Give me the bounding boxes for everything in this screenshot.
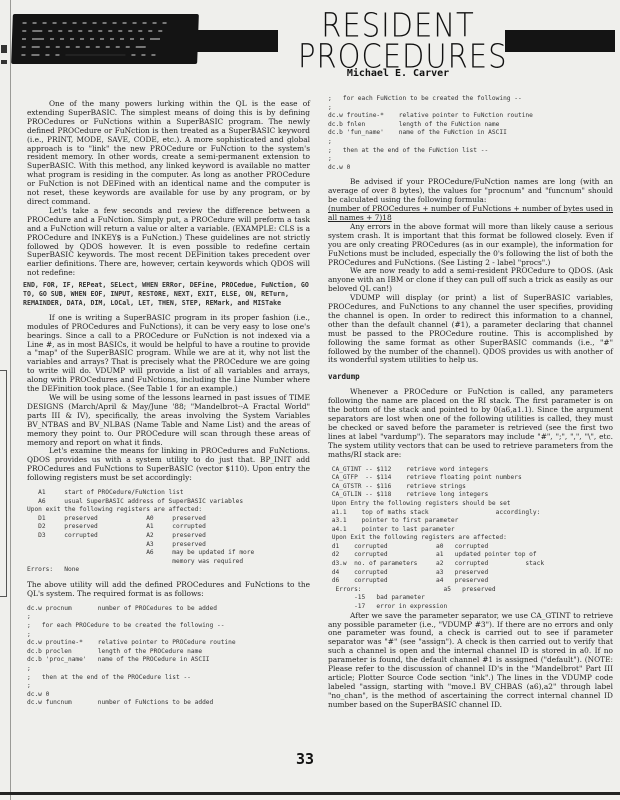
ql-keyboard-image: [11, 14, 199, 64]
code-line: ;: [27, 665, 310, 674]
paragraph: Let's take a few seconds and review the …: [27, 207, 310, 278]
code-line: D1 preserved A0 preserved: [27, 515, 310, 524]
left-column: One of the many powers lurking within th…: [27, 100, 310, 708]
paragraph: Whenever a PROCedure or FuNction is call…: [328, 388, 613, 459]
code-line: A1 start of PROCedure/FuNction list: [27, 489, 310, 498]
page-gutter-line: [10, 0, 11, 800]
code-line: d1 corrupted a0 corrupted: [328, 543, 613, 552]
paragraph: VDUMP will display (or print) a list of …: [328, 294, 613, 365]
code-line: a1.1 top of maths stack accordingly:: [328, 509, 613, 518]
sidebar-box-edge: [0, 370, 7, 597]
paragraph: If one is writing a SuperBASIC program i…: [27, 314, 310, 394]
code-line: dc.w 0: [27, 691, 310, 700]
code-line: -15 bad parameter: [328, 594, 613, 603]
paragraph: Any errors in the above format will more…: [328, 223, 613, 268]
code-line: d4 corrupted a3 preserved: [328, 569, 613, 578]
section-heading-vardump: vardump: [328, 373, 613, 382]
title-bar-left: [190, 30, 278, 52]
article-title: RESIDENT PROCEDURES: [298, 10, 498, 72]
paragraph: Be advised if your PROCedure/FuNction na…: [328, 178, 613, 205]
code-line: ; then at the end of the PROCedure list …: [27, 674, 310, 683]
right-column: ; for each FuNction to be created the fo…: [328, 95, 613, 710]
code-line: ; then at the end of the FuNction list -…: [328, 147, 613, 156]
code-line: dc.b 'proc_name' name of the PROCedure i…: [27, 656, 310, 665]
code-line: D3 corrupted A2 preserved: [27, 532, 310, 541]
formula: (number of PROCedures + number of FuNcti…: [328, 205, 613, 223]
code-line: CA_GTSTR -- $116 retrieve strings: [328, 483, 613, 492]
code-line: ;: [328, 138, 613, 147]
magazine-page: RESIDENT PROCEDURES Michael E. Carver On…: [0, 0, 620, 800]
code-line: memory was required: [27, 558, 310, 567]
code-line: dc.b 'fun_name' name of the FuNction in …: [328, 129, 613, 138]
code-line: d3.w no. of parameters a2 corrupted stac…: [328, 560, 613, 569]
code-line: A6 may be updated if more: [27, 549, 310, 558]
code-line: D2 preserved A1 corrupted: [27, 523, 310, 532]
code-line: dc.w 0: [328, 164, 613, 173]
function-format-code: ; for each FuNction to be created the fo…: [328, 95, 613, 172]
code-line: Upon Exit the following registers are af…: [328, 534, 613, 543]
code-line: CA_GTLIN -- $118 retrieve long integers: [328, 491, 613, 500]
bottom-rule: [0, 792, 620, 795]
author-byline: Michael E. Carver: [288, 68, 508, 79]
code-line: Errors: None: [27, 566, 310, 575]
code-line: Upon Entry the following registers shoul…: [328, 500, 613, 509]
code-line: ;: [328, 155, 613, 164]
code-line: dc.w funcnum number of FuNctions to be a…: [27, 699, 310, 708]
margin-mark: [1, 45, 7, 53]
code-line: a4.1 pointer to last parameter: [328, 526, 613, 535]
code-line: CA_GTFP -- $114 retrieve floating point …: [328, 474, 613, 483]
code-line: dc.w proutine-* relative pointer to PROC…: [27, 639, 310, 648]
ca-vector-register-table: CA_GTINT -- $112 retrieve word integers …: [328, 466, 613, 612]
code-line: Errors: a5 preserved: [328, 586, 613, 595]
code-line: dc.w froutine-* relative pointer to FuNc…: [328, 112, 613, 121]
code-line: d2 corrupted a1 updated pointer top of: [328, 551, 613, 560]
paragraph: Let's examine the means for linking in P…: [27, 447, 310, 483]
keyword-list: END, FOR, IF, REPeat, SELect, WHEN ERRor…: [23, 281, 313, 308]
code-line: dc.b proclen length of the PROCedure nam…: [27, 648, 310, 657]
code-line: CA_GTINT -- $112 retrieve word integers: [328, 466, 613, 475]
paragraph: One of the many powers lurking within th…: [27, 100, 310, 207]
code-line: d6 corrupted a4 preserved: [328, 577, 613, 586]
margin-mark: [1, 60, 7, 64]
code-line: A6 usual SuperBASIC address of SuperBASI…: [27, 498, 310, 507]
page-number: 33: [296, 750, 314, 768]
code-line: dc.b fnlen length of the FuNction name: [328, 121, 613, 130]
code-line: a3.1 pointer to first parameter: [328, 517, 613, 526]
code-line: A3 preserved: [27, 541, 310, 550]
bp-init-register-table: A1 start of PROCedure/FuNction list A6 u…: [27, 489, 310, 575]
code-line: ;: [27, 631, 310, 640]
paragraph: We are now ready to add a semi-resident …: [328, 267, 613, 294]
procedure-format-code: dc.w procnum number of PROCedures to be …: [27, 605, 310, 708]
paragraph: We will be using some of the lessons lea…: [27, 394, 310, 447]
code-line: Upon exit the following registers are af…: [27, 506, 310, 515]
code-line: ; for each FuNction to be created the fo…: [328, 95, 613, 104]
paragraph: The above utility will add the defined P…: [27, 581, 310, 599]
code-line: ;: [27, 682, 310, 691]
code-line: ;: [27, 613, 310, 622]
paragraph: After we save the parameter separator, w…: [328, 612, 613, 710]
code-line: ;: [328, 104, 613, 113]
title-bar-right: [505, 30, 615, 52]
code-line: dc.w procnum number of PROCedures to be …: [27, 605, 310, 614]
code-line: ; for each PROCedure to be created the f…: [27, 622, 310, 631]
